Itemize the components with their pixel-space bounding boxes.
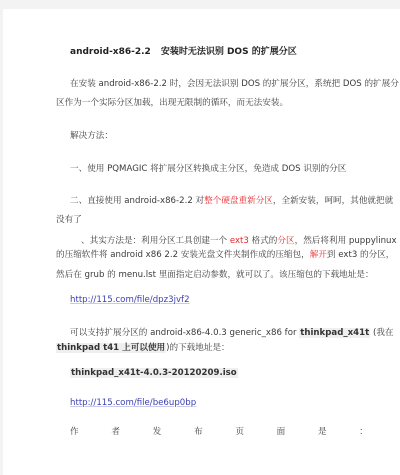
extract-highlight: 解开 <box>310 250 327 260</box>
support-line-2: thinkpad t41 上可以使用)的下载地址是： <box>56 342 230 354</box>
author-char: 者 <box>111 426 120 438</box>
title-version: android-x86-2.2 <box>70 47 151 57</box>
author-char: 布 <box>194 426 203 438</box>
support-text: 可以支持扩展分区的 android-x86-4.0.3 generic_x86 … <box>70 328 299 338</box>
solution-3-line-2: 的压缩软件将 android x86 2.2 安装光盘文件夹制作成的压缩包，解开… <box>56 249 394 261</box>
author-char: 面 <box>277 426 286 438</box>
author-char: 发 <box>153 426 162 438</box>
title-text: 安装时无法识别 DOS 的扩展分区 <box>161 47 297 57</box>
solution-2-prefix: 二、直接使用 android-x86-2.2 对 <box>70 196 204 206</box>
support-line-1: 可以支持扩展分区的 android-x86-4.0.3 generic_x86 … <box>70 327 394 339</box>
device-name-code: thinkpad_x41t <box>299 328 370 338</box>
device-t41-code: thinkpad t41 上可以使用 <box>56 343 166 353</box>
author-char: 是 <box>318 426 327 438</box>
iso-filename: thinkpad_x41t-4.0.3-20120209.iso <box>70 368 238 378</box>
solution-3-text: 的压缩软件将 android x86 2.2 安装光盘文件夹制作成的压缩包， <box>56 250 310 260</box>
document-title: android-x86-2.2安装时无法识别 DOS 的扩展分区 <box>70 46 297 58</box>
support-text: (我在 <box>370 328 393 338</box>
solution-3-text: 到 ext3 的分区， <box>327 250 395 260</box>
intro-line-2: 区作为一个实际分区加载，出现无限制的循环，而无法安装。 <box>56 97 288 109</box>
author-char: 作 <box>70 426 79 438</box>
intro-line-1: 在安装 android-x86-2.2 时，会因无法识别 DOS 的扩展分区，系… <box>70 78 399 90</box>
support-text: )的下载地址是： <box>166 343 230 353</box>
author-page-line: 作 者 发 布 页 面 是 ： <box>70 426 368 438</box>
solution-3-line-3: 然后在 grub 的 menu.lst 里面指定启动参数，就可以了。该压缩包的下… <box>56 269 374 281</box>
solution-2-highlight: 整个硬盘重新分区 <box>204 196 273 206</box>
solution-3-text: 格式的 <box>249 236 278 246</box>
author-char: 页 <box>235 426 244 438</box>
download-link-2[interactable]: http://115.com/file/be6up0bp <box>70 397 196 409</box>
solution-heading: 解决方法： <box>70 130 113 142</box>
solution-2-suffix: ，全新安装，呵呵，其他就把就 <box>273 196 393 206</box>
iso-filename-line: thinkpad_x41t-4.0.3-20120209.iso <box>70 367 238 379</box>
ext3-highlight: ext3 <box>230 236 249 246</box>
author-char: ： <box>359 426 368 438</box>
solution-2-line-2: 没有了 <box>56 214 82 226</box>
document-page: android-x86-2.2安装时无法识别 DOS 的扩展分区 在安装 and… <box>3 9 400 475</box>
partition-highlight: 分区 <box>277 236 294 246</box>
solution-2-line-1: 二、直接使用 android-x86-2.2 对整个硬盘重新分区，全新安装，呵呵… <box>70 195 393 207</box>
solution-3-text: ，然后将利用 puppylinux <box>295 236 397 246</box>
solution-3-line-1: 、其实方法是：利用分区工具创建一个 ext3 格式的分区，然后将利用 puppy… <box>81 235 397 247</box>
solution-3-text: 、其实方法是：利用分区工具创建一个 <box>81 236 230 246</box>
download-link-1[interactable]: http://115.com/file/dpz3jvf2 <box>70 294 190 306</box>
solution-1: 一、使用 PQMAGIC 将扩展分区转换成主分区，免造成 DOS 识别的分区 <box>70 163 346 175</box>
